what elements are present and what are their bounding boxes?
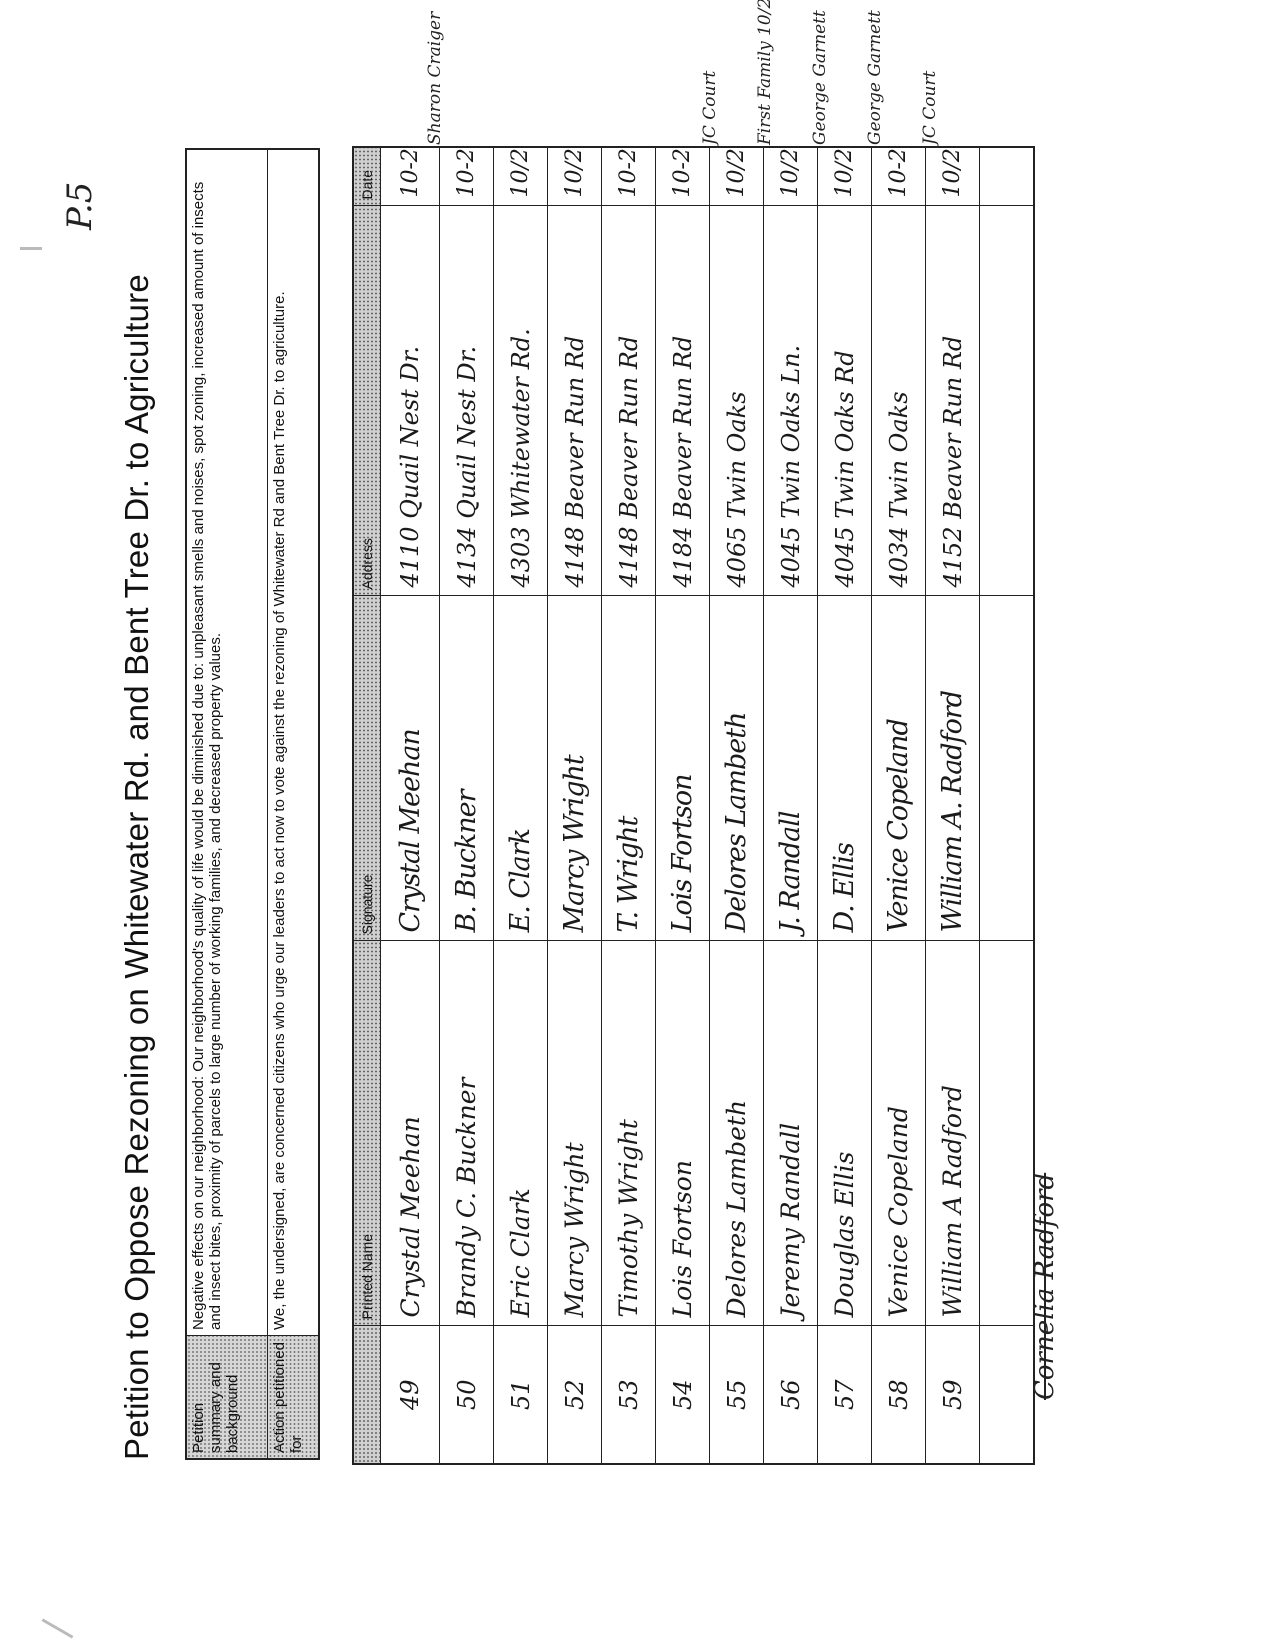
row-number-cell: 57 <box>818 1326 872 1464</box>
date-cell: 10-23-14 <box>381 147 440 206</box>
signature-cell: B. Buckner <box>440 596 494 941</box>
background-label: Petition summary and background <box>186 1336 268 1460</box>
signature-cell: Delores Lambeth <box>710 596 764 941</box>
address-cell: 4110 Quail Nest Dr. <box>381 206 440 596</box>
printed-name-cell: Eric Clark <box>494 941 548 1326</box>
signature-cell: Marcy Wright <box>548 596 602 941</box>
signature-cell: D. Ellis <box>818 596 872 941</box>
row-number-cell: 51 <box>494 1326 548 1464</box>
row-number-cell: 55 <box>710 1326 764 1464</box>
printed-name-cell: Lois Fortson <box>656 941 710 1326</box>
date-cell: 10/25/14 <box>494 147 548 206</box>
date-cell: 10-25-14 <box>602 147 656 206</box>
scan-artifact <box>20 247 42 250</box>
address-cell: 4148 Beaver Run Rd <box>602 206 656 596</box>
date-cell: 10/26 <box>710 147 764 206</box>
margin-note: Sharon Craiger <box>425 12 445 145</box>
header-signature: Signature <box>353 596 381 941</box>
address-cell: 4045 Twin Oaks Rd <box>818 206 872 596</box>
signature-cell: Crystal Meehan <box>381 596 440 941</box>
date-cell: 10-26 <box>872 147 926 206</box>
address-cell: 4303 Whitewater Rd. <box>494 206 548 596</box>
date-cell: 10-25-14 <box>440 147 494 206</box>
table-row <box>980 147 1035 1464</box>
address-cell: 4184 Beaver Run Rd <box>656 206 710 596</box>
date-cell: 10/25/14 <box>548 147 602 206</box>
printed-name-cell: Douglas Ellis <box>818 941 872 1326</box>
table-row: 50Brandy C. BucknerB. Buckner4134 Quail … <box>440 147 494 1464</box>
signature-cell: J. Randall <box>764 596 818 941</box>
handwritten-page-number: P.5 <box>60 182 100 230</box>
printed-name-cell: Timothy Wright <box>602 941 656 1326</box>
petition-summary-table: Petition summary and background Negative… <box>185 148 320 1460</box>
table-row: 58Venice CopelandVenice Copeland4034 Twi… <box>872 147 926 1464</box>
table-row: 55Delores LambethDelores Lambeth4065 Twi… <box>710 147 764 1464</box>
row-number-cell: 56 <box>764 1326 818 1464</box>
printed-name-cell: Crystal Meehan <box>381 941 440 1326</box>
header-printed-name: Printed Name <box>353 941 381 1326</box>
margin-note: George Garnett <box>810 10 830 145</box>
row-number-cell <box>980 1326 1035 1464</box>
page-title: Petition to Oppose Rezoning on Whitewate… <box>118 274 156 1460</box>
background-text: Negative effects on our neighborhood: Ou… <box>186 149 268 1336</box>
margin-note: George Garnett <box>865 10 885 145</box>
table-row: 49Crystal MeehanCrystal Meehan4110 Quail… <box>381 147 440 1464</box>
address-cell: 4065 Twin Oaks <box>710 206 764 596</box>
row-number-cell: 49 <box>381 1326 440 1464</box>
address-cell: 4045 Twin Oaks Ln. <box>764 206 818 596</box>
address-cell: 4148 Beaver Run Rd <box>548 206 602 596</box>
address-cell <box>980 206 1035 596</box>
table-row: 51Eric ClarkE. Clark4303 Whitewater Rd.1… <box>494 147 548 1464</box>
signature-cell: Venice Copeland <box>872 596 926 941</box>
printed-name-cell <box>980 941 1035 1326</box>
header-date: Date <box>353 147 381 206</box>
signature-cell <box>980 596 1035 941</box>
row-number-cell: 53 <box>602 1326 656 1464</box>
printed-name-cell: Jeremy Randall <box>764 941 818 1326</box>
row-number-cell: 52 <box>548 1326 602 1464</box>
signature-cell: Lois Fortson <box>656 596 710 941</box>
signature-cell: T. Wright <box>602 596 656 941</box>
date-cell: 10/26/14 <box>926 147 980 206</box>
header-number <box>353 1326 381 1464</box>
printed-name-cell: William A Radford <box>926 941 980 1326</box>
table-row: 54Lois FortsonLois Fortson4184 Beaver Ru… <box>656 147 710 1464</box>
row-number-cell: 50 <box>440 1326 494 1464</box>
action-text: We, the undersigned, are concerned citiz… <box>268 149 320 1336</box>
table-row: 59William A RadfordWilliam A. Radford415… <box>926 147 980 1464</box>
row-number-cell: 59 <box>926 1326 980 1464</box>
signature-table: Printed Name Signature Address Date 49Cr… <box>352 146 1035 1465</box>
margin-note: JC Court <box>920 71 940 145</box>
printed-name-cell: Delores Lambeth <box>710 941 764 1326</box>
address-cell: 4152 Beaver Run Rd <box>926 206 980 596</box>
table-row: 53Timothy WrightT. Wright4148 Beaver Run… <box>602 147 656 1464</box>
table-row: 57Douglas EllisD. Ellis4045 Twin Oaks Rd… <box>818 147 872 1464</box>
table-row: 56Jeremy RandallJ. Randall4045 Twin Oaks… <box>764 147 818 1464</box>
date-cell: 10-25-14 <box>656 147 710 206</box>
scan-artifact <box>42 1618 74 1638</box>
date-cell: 10/26 <box>764 147 818 206</box>
table-row: 52Marcy WrightMarcy Wright4148 Beaver Ru… <box>548 147 602 1464</box>
margin-note: First Family 10/26/14 <box>755 0 775 145</box>
date-cell: 10/26 <box>818 147 872 206</box>
action-label: Action petitioned for <box>268 1336 320 1460</box>
petition-page: Petition to Oppose Rezoning on Whitewate… <box>0 0 1275 1650</box>
date-cell <box>980 147 1035 206</box>
address-cell: 4034 Twin Oaks <box>872 206 926 596</box>
signature-cell: William A. Radford <box>926 596 980 941</box>
table-header-row: Printed Name Signature Address Date <box>353 147 381 1464</box>
row-number-cell: 54 <box>656 1326 710 1464</box>
printed-name-cell: Marcy Wright <box>548 941 602 1326</box>
struck-out-entry: Cornelia Radford <box>1030 1173 1060 1400</box>
row-number-cell: 58 <box>872 1326 926 1464</box>
header-address: Address <box>353 206 381 596</box>
signature-cell: E. Clark <box>494 596 548 941</box>
printed-name-cell: Brandy C. Buckner <box>440 941 494 1326</box>
margin-note: JC Court <box>700 71 720 145</box>
address-cell: 4134 Quail Nest Dr. <box>440 206 494 596</box>
printed-name-cell: Venice Copeland <box>872 941 926 1326</box>
